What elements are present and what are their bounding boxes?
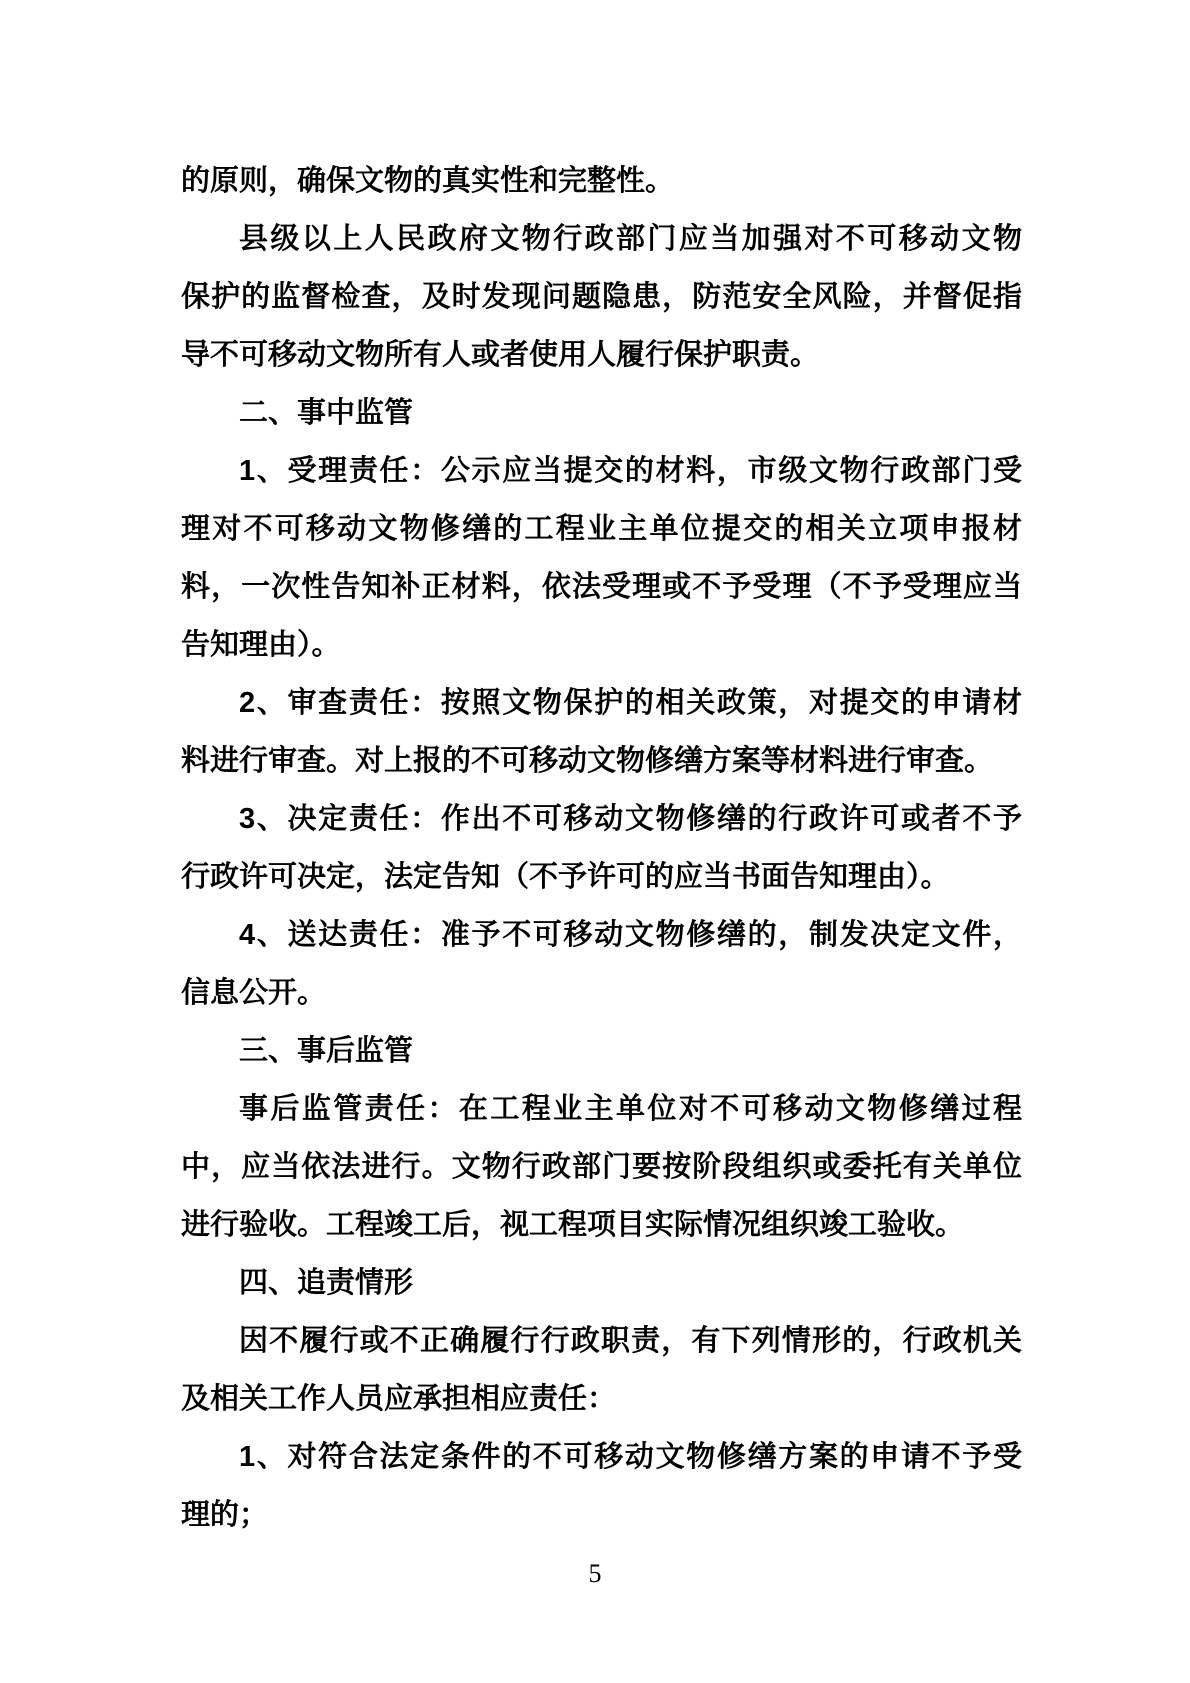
text-line: 信息公开。 — [181, 964, 1022, 1022]
section-heading: 三、事后监管 — [181, 1022, 1022, 1080]
text-line: 1、受理责任：公示应当提交的材料，市级文物行政部门受 — [181, 442, 1022, 500]
text-line: 3、决定责任：作出不可移动文物修缮的行政许可或者不予 — [181, 790, 1022, 848]
text-line: 因不履行或不正确履行行政职责，有下列情形的，行政机关 — [181, 1312, 1022, 1370]
text-line: 2、审查责任：按照文物保护的相关政策，对提交的申请材 — [181, 674, 1022, 732]
text-line: 4、送达责任：准予不可移动文物修缮的，制发决定文件， — [181, 906, 1022, 964]
text-line: 料，一次性告知补正材料，依法受理或不予受理（不予受理应当 — [181, 558, 1022, 616]
text-line: 告知理由）。 — [181, 616, 1022, 674]
text-line: 的原则，确保文物的真实性和完整性。 — [181, 152, 1022, 210]
text-line: 中，应当依法进行。文物行政部门要按阶段组织或委托有关单位 — [181, 1138, 1022, 1196]
text-line: 县级以上人民政府文物行政部门应当加强对不可移动文物 — [181, 210, 1022, 268]
text-line: 事后监管责任：在工程业主单位对不可移动文物修缮过程 — [181, 1080, 1022, 1138]
page-number: 5 — [0, 1556, 1190, 1592]
text-line: 理对不可移动文物修缮的工程业主单位提交的相关立项申报材 — [181, 500, 1022, 558]
text-line: 保护的监督检查，及时发现问题隐患，防范安全风险，并督促指 — [181, 268, 1022, 326]
text-line: 及相关工作人员应承担相应责任： — [181, 1370, 1022, 1428]
text-line: 理的； — [181, 1486, 1022, 1544]
text-line: 料进行审查。对上报的不可移动文物修缮方案等材料进行审查。 — [181, 732, 1022, 790]
section-heading: 四、追责情形 — [181, 1254, 1022, 1312]
text-line: 导不可移动文物所有人或者使用人履行保护职责。 — [181, 326, 1022, 384]
document-page: 的原则，确保文物的真实性和完整性。 县级以上人民政府文物行政部门应当加强对不可移… — [0, 0, 1190, 1683]
section-heading: 二、事中监管 — [181, 384, 1022, 442]
text-line: 行政许可决定，法定告知（不予许可的应当书面告知理由）。 — [181, 848, 1022, 906]
text-line: 进行验收。工程竣工后，视工程项目实际情况组织竣工验收。 — [181, 1196, 1022, 1254]
document-body: 的原则，确保文物的真实性和完整性。 县级以上人民政府文物行政部门应当加强对不可移… — [181, 152, 1022, 1544]
text-line: 1、对符合法定条件的不可移动文物修缮方案的申请不予受 — [181, 1428, 1022, 1486]
